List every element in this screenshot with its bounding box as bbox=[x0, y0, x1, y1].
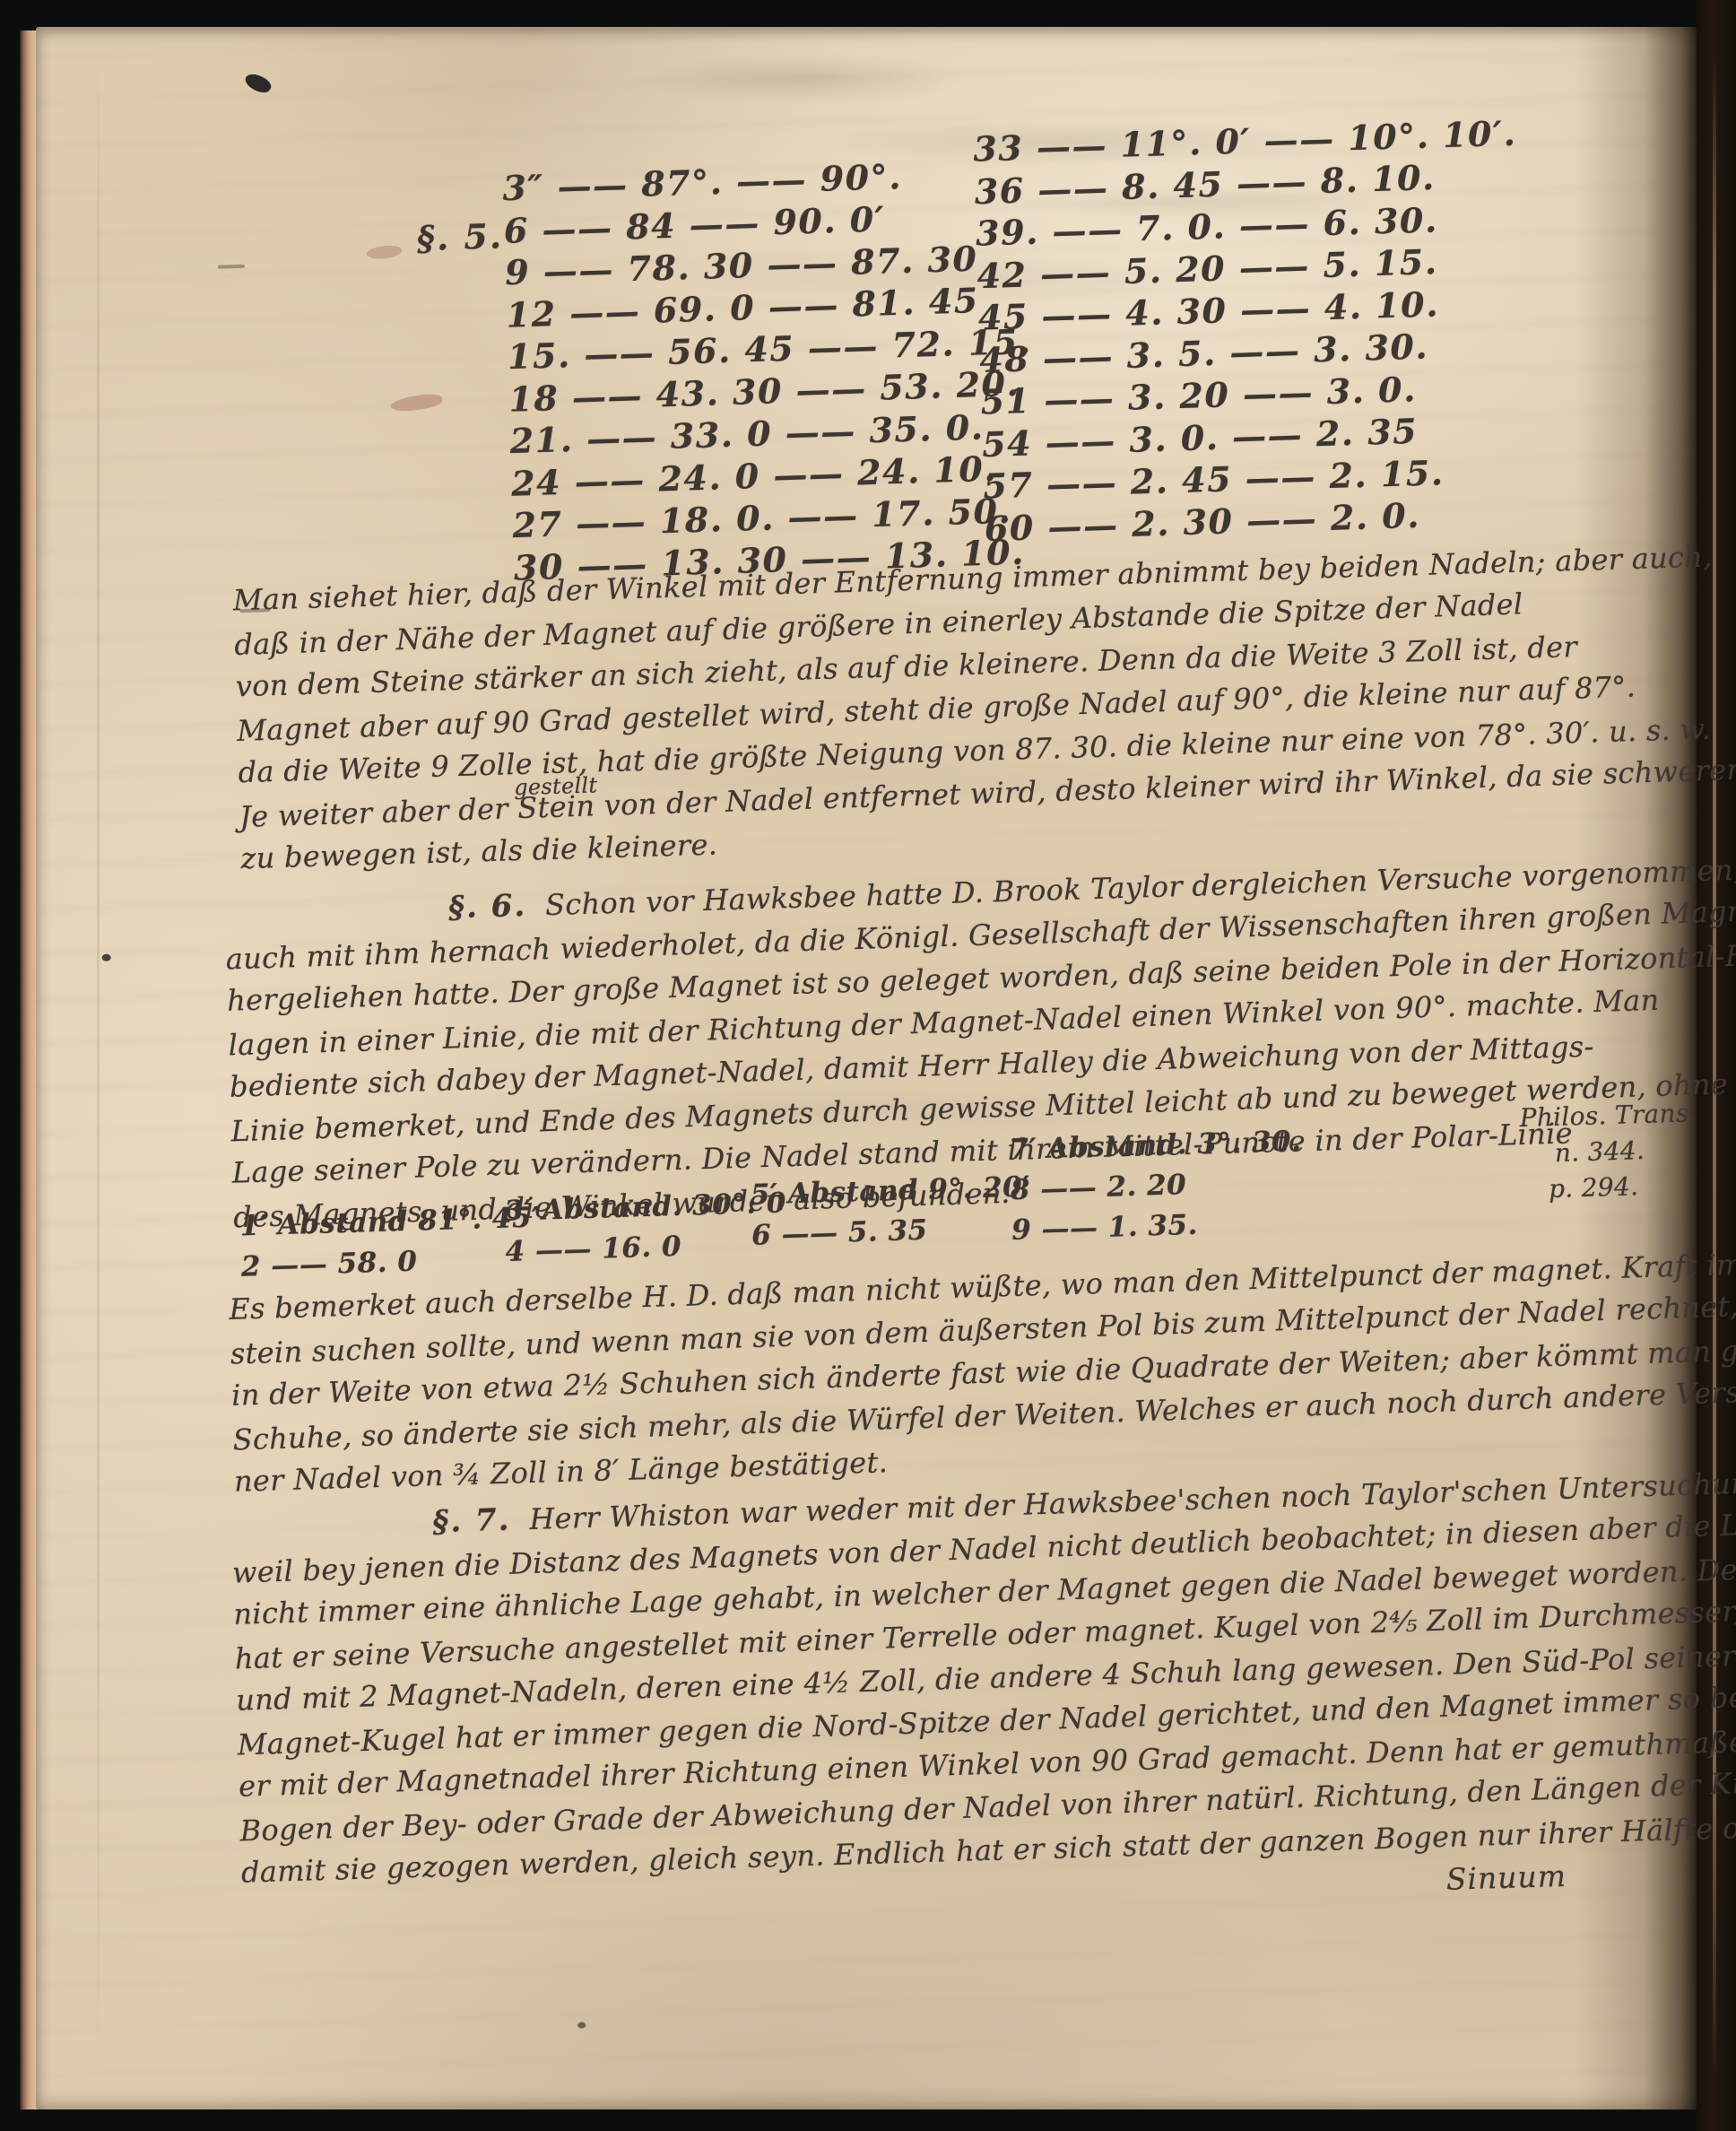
ink-layer: §. 5. 3″ —— 87°. —— 90°. 6 —— 84 —— 90. … bbox=[3, 0, 1728, 2113]
pink-stain-2 bbox=[366, 244, 403, 261]
citation-line: n. 344. bbox=[1554, 1131, 1698, 1171]
measurement-column-3: 5′ Abstand 9°. 20′ 6 —— 5. 35 bbox=[750, 1167, 1032, 1256]
margin-citation: Philos. Trans. n. 344. p. 294. bbox=[1519, 1095, 1700, 1208]
measurement-entry: 6 —— 5. 35 bbox=[751, 1207, 1031, 1257]
ink-speck-1 bbox=[102, 954, 111, 961]
measurement-entry: 4 —— 16. 0 bbox=[505, 1223, 788, 1273]
margin-dash-2 bbox=[218, 265, 245, 269]
measurement-column-4: 7′ Abstand. 3°. 30. 8 —— 2. 20 9 —— 1. 3… bbox=[1009, 1121, 1305, 1251]
citation-line: Philos. Trans. bbox=[1519, 1095, 1697, 1136]
interline-insertion: gestellt bbox=[514, 772, 598, 800]
paragraph-s7: §. 7. Herr Whiston war weder mit der Haw… bbox=[230, 1463, 1721, 1894]
ink-speck-2 bbox=[577, 2022, 586, 2028]
section-6-label: §. 6. bbox=[448, 888, 527, 926]
citation-line: p. 294. bbox=[1548, 1167, 1699, 1207]
paragraph-mid: Es bemerket auch derselbe H. D. daß man … bbox=[229, 1244, 1705, 1503]
pink-stain-1 bbox=[390, 391, 444, 414]
manuscript-scan: { "sections": { "s5": "§. 5.", "s6": "§.… bbox=[0, 0, 1736, 2131]
measurement-column-1: 1′ Abstand 81°. 45′ 2 —— 58. 0 bbox=[239, 1198, 542, 1288]
paragraph-s5: Man siehet hier, daß der Winkel mit der … bbox=[232, 536, 1675, 880]
measurement-column-2: 3′ Abstand. 30°. 0 4 —— 16. 0 bbox=[504, 1183, 788, 1272]
distance-table-right: 33 —— 11°. 0′ —— 10°. 10′. 36 —— 8. 45 —… bbox=[973, 112, 1529, 550]
section-7-label: §. 7. bbox=[432, 1502, 511, 1541]
section-5-label: §. 5. bbox=[416, 215, 503, 258]
distance-table-left: 3″ —— 87°. —— 90°. 6 —— 84 —— 90. 0′ 9 —… bbox=[502, 152, 1038, 588]
catchword: Sinuum bbox=[1445, 1858, 1567, 1897]
ink-blot bbox=[243, 70, 273, 97]
